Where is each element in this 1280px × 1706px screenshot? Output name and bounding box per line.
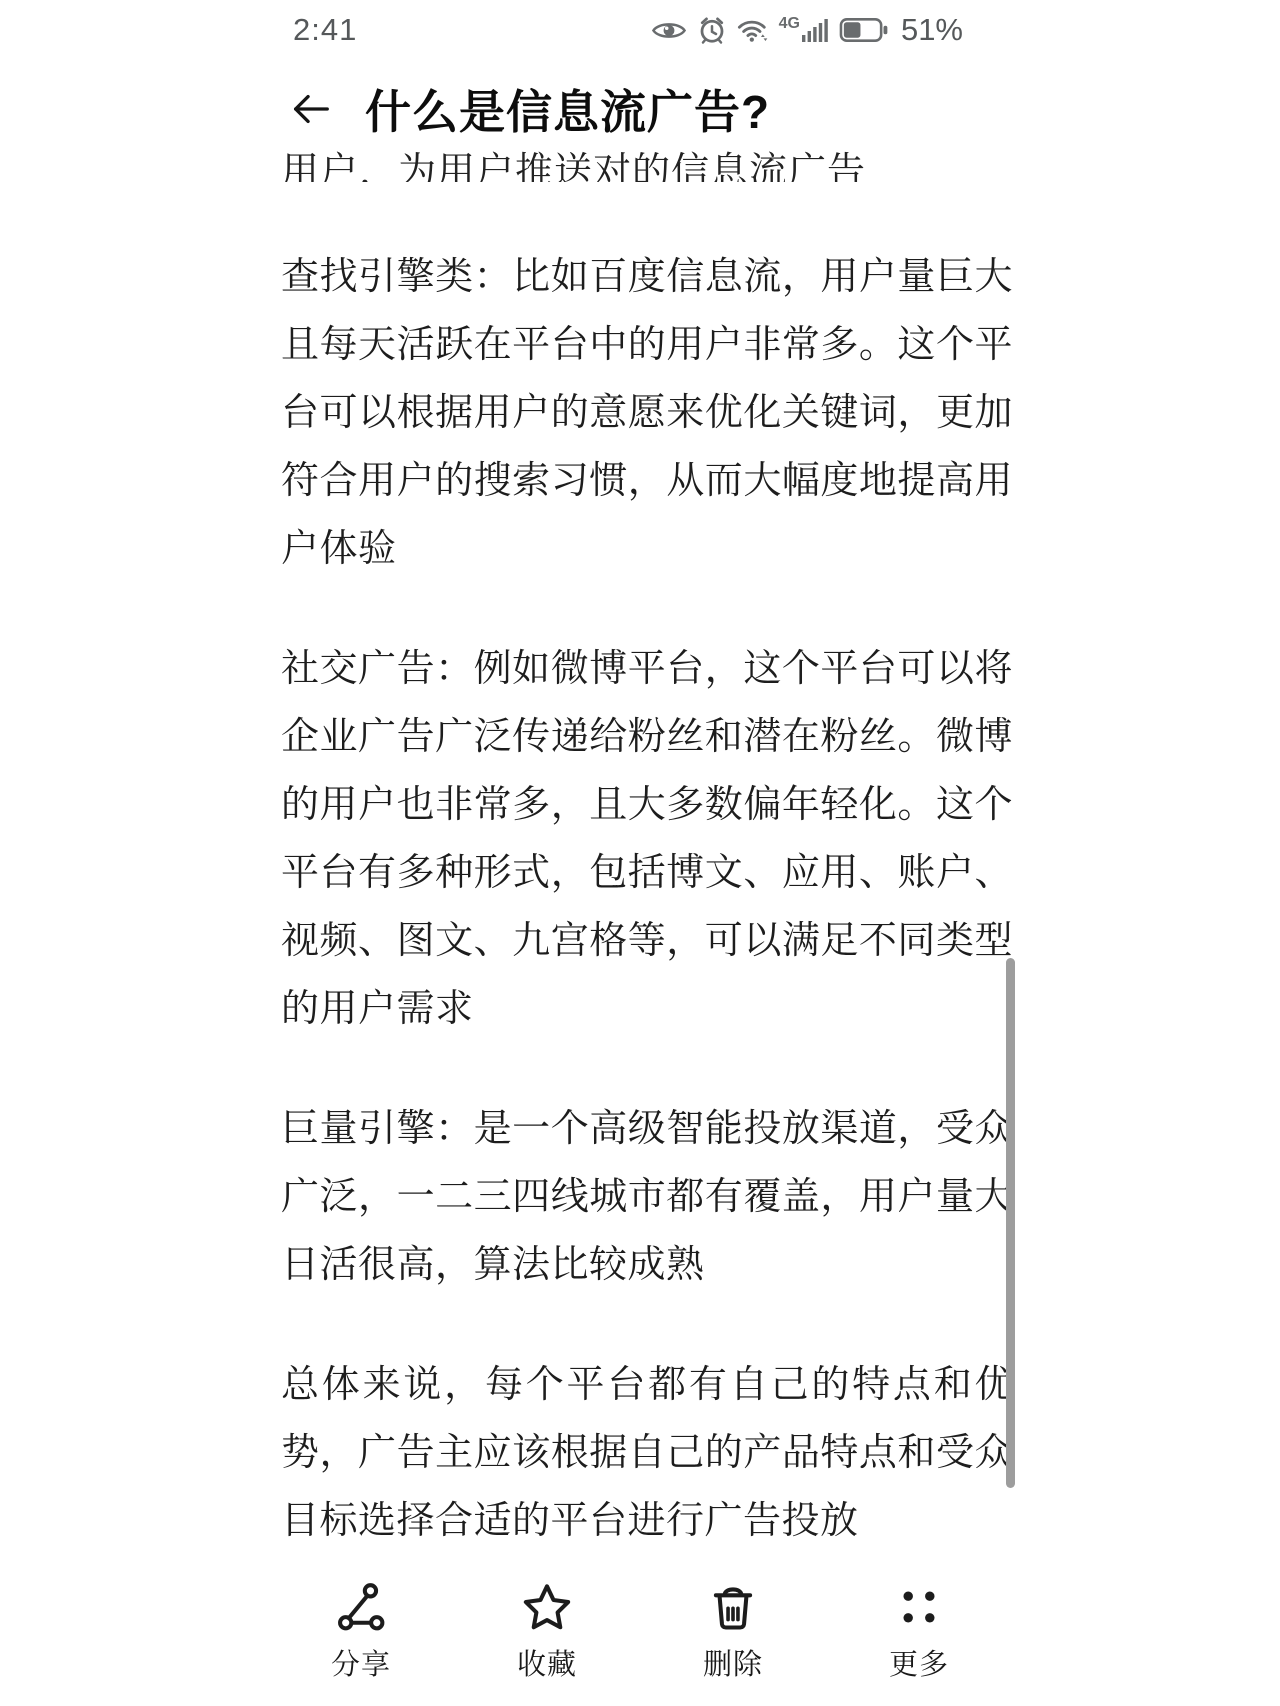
eye-comfort-icon — [651, 17, 687, 44]
paragraph-juliang-engine: 巨量引擎：是一个高级智能投放渠道，受众广泛，一二三四线城市都有覆盖，用户量大日活… — [281, 1095, 1013, 1299]
battery-percent: 51% — [901, 12, 963, 48]
delete-button[interactable]: 删除 — [703, 1580, 763, 1683]
status-icons: 4G 51% — [651, 10, 963, 50]
status-time: 2:41 — [293, 12, 357, 48]
page-title: 什么是信息流广告? — [365, 76, 770, 142]
article-body: 查找引擎类：比如百度信息流，用户量巨大且每天活跃在平台中的用户非常多。这个平台可… — [281, 243, 1013, 1607]
favorite-label: 收藏 — [517, 1642, 577, 1683]
paragraph-social-ads: 社交广告：例如微博平台，这个平台可以将企业广告广泛传递给粉丝和潜在粉丝。微博的用… — [281, 635, 1013, 1043]
more-icon — [892, 1580, 946, 1634]
battery-icon — [839, 15, 889, 45]
clipped-text-line: 用户，为用户推送对的信息流广告 — [281, 149, 1013, 182]
share-icon — [334, 1580, 388, 1634]
star-icon — [520, 1580, 574, 1634]
status-bar: 2:41 — [0, 8, 1280, 52]
more-label: 更多 — [889, 1642, 949, 1683]
trash-icon — [706, 1580, 760, 1634]
back-button[interactable] — [287, 86, 333, 132]
paragraph-summary: 总体来说，每个平台都有自己的特点和优势，广告主应该根据自己的产品特点和受众目标选… — [281, 1351, 1013, 1555]
signal-strength-icon: 4G — [779, 16, 829, 44]
header: 什么是信息流广告? — [287, 76, 1010, 142]
paragraph-search-engine: 查找引擎类：比如百度信息流，用户量巨大且每天活跃在平台中的用户非常多。这个平台可… — [281, 243, 1013, 583]
screen: 2:41 — [0, 0, 1280, 1706]
bottom-toolbar: 分享 收藏 删除 — [268, 1580, 1012, 1683]
wifi-icon — [737, 16, 769, 44]
favorite-button[interactable]: 收藏 — [517, 1580, 577, 1683]
network-type-label: 4G — [779, 16, 800, 32]
delete-label: 删除 — [703, 1642, 763, 1683]
alarm-icon — [697, 15, 727, 45]
share-button[interactable]: 分享 — [331, 1580, 391, 1683]
scrollbar-thumb[interactable] — [1006, 958, 1015, 1488]
more-button[interactable]: 更多 — [889, 1580, 949, 1683]
back-arrow-icon — [287, 86, 333, 132]
share-label: 分享 — [331, 1642, 391, 1683]
